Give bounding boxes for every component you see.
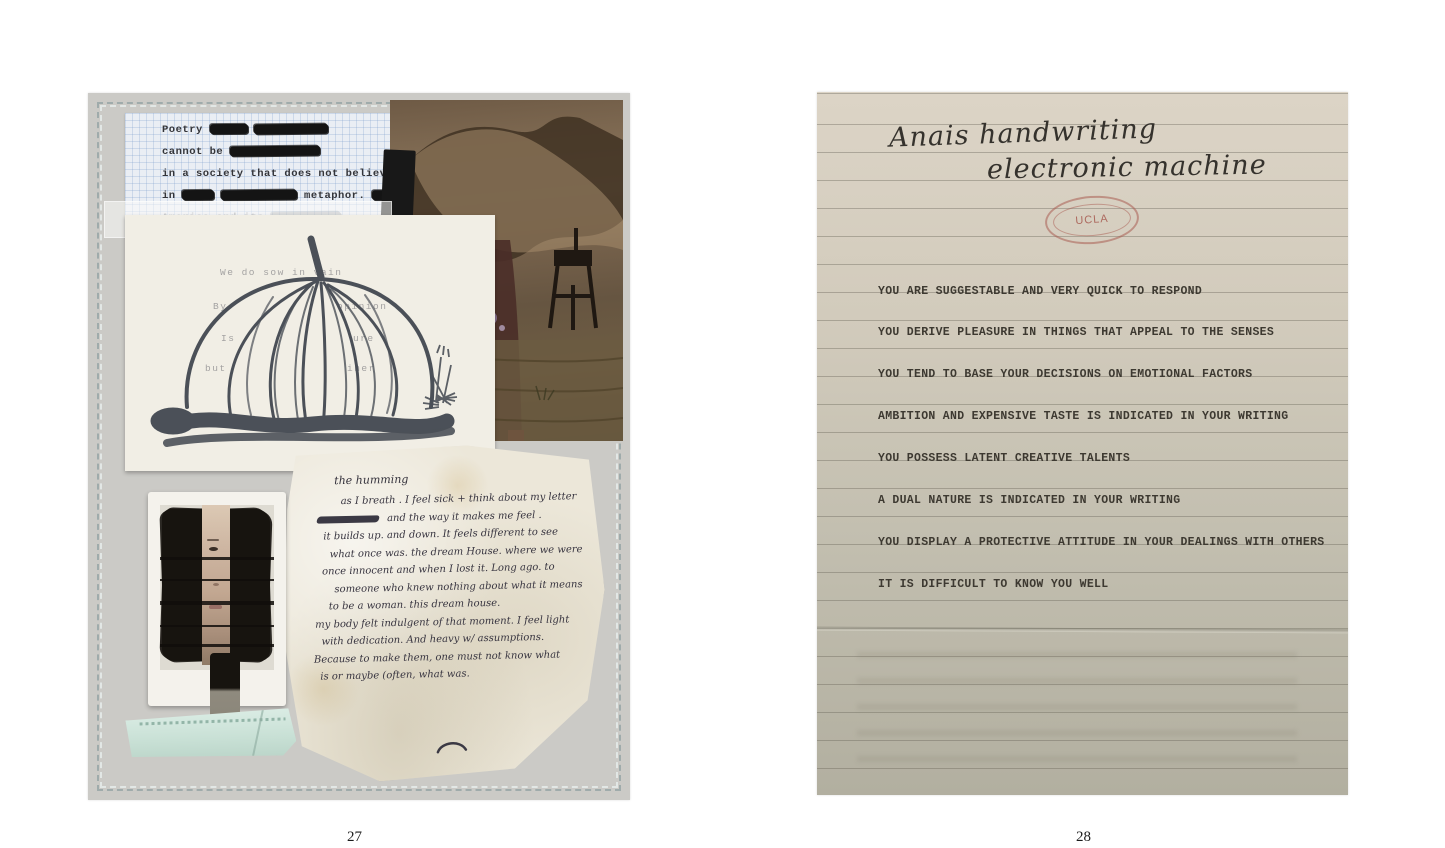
redaction-mark: [210, 124, 248, 134]
right-page: Anais handwriting electronic machine UCL…: [817, 92, 1348, 795]
tissue-note: the humming as I breath . I feel sick + …: [280, 443, 609, 784]
handwriting-line: with dedication. And heavy w/ assumption…: [321, 632, 587, 648]
eye-mark: [209, 547, 218, 551]
typed-line: YOU DERIVE PLEASURE IN THINGS THAT APPEA…: [878, 326, 1274, 339]
typed-line: YOU ARE SUGGESTABLE AND VERY QUICK TO RE…: [878, 285, 1202, 298]
handwriting-line: once innocent and when I lost it. Long a…: [322, 562, 586, 578]
paint-streak: [160, 579, 274, 581]
typed-line: AMBITION AND EXPENSIVE TASTE IS INDICATE…: [878, 410, 1288, 423]
typed-line: YOU POSSESS LATENT CREATIVE TALENTS: [878, 452, 1130, 465]
header-handwriting-line2: electronic machine: [987, 150, 1267, 186]
typed-line: YOU TEND TO BASE YOUR DECISIONS ON EMOTI…: [878, 368, 1252, 381]
handwriting-line: what once was. the dream House. where we…: [330, 545, 586, 560]
paint-streak: [160, 625, 274, 627]
page-number-left: 27: [347, 829, 362, 846]
pumpkin-drawing: [125, 215, 495, 471]
typed-line: A DUAL NATURE IS INDICATED IN YOUR WRITI…: [878, 494, 1180, 507]
handwriting-line: my body felt indulgent of that moment. I…: [315, 615, 587, 631]
nose-mark: [213, 583, 219, 586]
ink-doodle: [434, 737, 474, 758]
book-spread: Poetry cannot be in a society that does …: [0, 0, 1445, 848]
lips-mark: [209, 605, 222, 609]
face-strip: [202, 505, 230, 665]
graph-note-line1: Poetry: [162, 124, 203, 136]
ghost-text-showthrough: [857, 652, 1297, 782]
handwriting-line: as I breath . I feel sick + think about …: [341, 492, 585, 507]
paper-crease: [817, 627, 1348, 634]
handwriting-line: Because to make them, one must not know …: [314, 649, 588, 665]
handwriting-line: to be a woman. this dream house.: [329, 597, 587, 612]
paint-streak: [160, 644, 274, 647]
typed-line: IT IS DIFFICULT TO KNOW YOU WELL: [878, 578, 1108, 591]
left-page: Poetry cannot be in a society that does …: [88, 93, 630, 800]
handwriting-line: it builds up. and down. It feels differe…: [323, 527, 585, 542]
drawing-sheet: We do sow in vain By opinion Is ure but …: [125, 215, 495, 471]
ucla-stamp-text: UCLA: [1075, 213, 1109, 227]
page-number-right: 28: [1076, 829, 1091, 846]
scribbled-out-words: [316, 515, 380, 523]
mint-fabric-strip: [125, 708, 297, 761]
redaction-mark: [182, 190, 214, 200]
handwritten-title: the humming: [334, 469, 584, 487]
handwriting-line: someone who knew nothing about what it m…: [334, 580, 586, 595]
paint-streak: [160, 601, 274, 605]
redaction-mark: [221, 190, 297, 201]
polaroid-photo: [148, 492, 286, 706]
handwriting-line: and the way it makes me feel .: [387, 509, 542, 523]
paint-streak: [160, 557, 274, 560]
redaction-mark: [230, 146, 320, 157]
handwriting-line: is or maybe (often, what was.: [320, 667, 588, 683]
graph-note-line2: cannot be: [162, 146, 223, 158]
eyebrow-mark: [207, 539, 219, 541]
typed-line: YOU DISPLAY A PROTECTIVE ATTITUDE IN YOU…: [878, 536, 1324, 549]
redaction-mark: [254, 124, 328, 135]
graph-note-line3: in a society that does not believe: [162, 168, 385, 190]
header-handwriting-line1: Anais handwriting: [889, 113, 1158, 153]
ucla-stamp: UCLA: [1043, 193, 1140, 247]
